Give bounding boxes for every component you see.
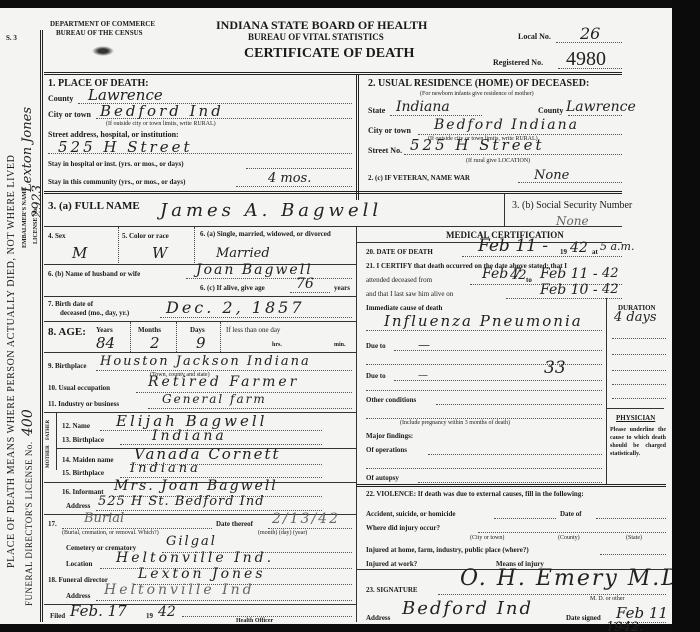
res-county-label: County [538,106,563,115]
dept-line2: BUREAU OF THE CENSUS [56,29,143,37]
spouse-age-value[interactable]: 76 [296,276,314,292]
informant-address-label: Address [66,502,90,510]
mother-birthplace-value[interactable]: Indiana [130,461,201,476]
margin-instruction: PLACE OF DEATH MEANS WHERE PERSON ACTUAL… [6,155,17,568]
spouse-label: 6. (b) Name of husband or wife [48,270,140,278]
birth-label-1: 7. Birth date of [48,300,93,308]
signature-label: 23. SIGNATURE [366,586,418,594]
spouse-age-label: 6. (c) If alive, give age [200,284,265,292]
ssn-label: 3. (b) Social Security Number [512,200,632,211]
attended-to-value[interactable]: Feb 11 - [540,266,598,282]
operations-label: Of operations [366,446,407,454]
res-city-label: City or town [368,126,411,135]
fd-address-label: Address [66,592,90,600]
embalmer-license-value: 2923 [30,185,45,218]
disposition-method-note: (Burial, cremation, or removal. Which?) [62,530,159,536]
occupation-value[interactable]: Retired Farmer [148,374,299,390]
res-street-label: Street No. [368,146,402,155]
age-years-label: Years [96,326,113,334]
duration-value[interactable]: 4 days [614,310,657,325]
birthplace-label: 9. Birthplace [48,362,87,370]
funeral-director-value[interactable]: Lexton Jones [138,566,266,582]
veteran-label: 2. (c) IF VETERAN, NAME WAR [368,174,470,182]
full-name-value[interactable]: James A. Bagwell [160,200,382,221]
age-days-value[interactable]: 9 [196,334,206,352]
death-time-label: at [592,248,598,256]
due-to-value-1[interactable]: — [418,338,430,352]
funeral-license-value: 400 [20,409,36,436]
last-saw-year[interactable]: 42 [602,282,619,297]
physician-note: Please underline the cause to which deat… [610,426,666,458]
certificate-title: CERTIFICATE OF DEATH [244,46,414,62]
birthplace-value[interactable]: Houston Jackson Indiana [100,354,311,369]
filed-label: Filed [50,612,65,620]
res-street-value[interactable]: 525 H Street [410,136,545,154]
birth-date-value[interactable]: Dec. 2, 1857 [166,298,305,317]
injured-at-label: Injured at home, farm, industry, public … [366,546,529,554]
sex-label: 4. Sex [48,232,66,240]
spouse-age-unit: years [334,284,350,292]
city-note: (If outside city or town limits, write R… [106,121,216,127]
age-months-value[interactable]: 2 [150,334,160,352]
marital-value[interactable]: Married [216,246,270,261]
disposition-date-value[interactable]: 2/13/42 [272,511,340,527]
registered-no-label: Registered No. [493,58,543,67]
accident-label: Accident, suicide, or homicide [366,510,456,518]
race-value[interactable]: W [152,244,167,262]
funeral-license-label: FUNERAL DIRECTOR'S LICENSE No. [24,441,34,606]
filed-year-prefix: 19 [146,612,153,620]
signature-address-label: Address [366,614,390,622]
pregnancy-note: (Include pregnancy within 3 months of de… [400,420,510,426]
father-birthplace-value[interactable]: Indiana [152,428,227,444]
death-time-value[interactable]: 5 a.m. [600,240,634,253]
certify-text: 21. I CERTIFY that death occurred on the… [366,262,567,270]
death-year-value[interactable]: 42 [570,240,588,256]
age-months-label: Months [138,326,161,334]
funeral-director-label: 18. Funeral director [48,576,108,584]
disposition-method-value[interactable]: Burial [84,511,124,526]
location-value[interactable]: Heltonville Ind. [116,550,274,566]
informant-address-value[interactable]: 525 H St. Bedford Ind [98,494,265,509]
marital-label: 6. (a) Single, married, widowed, or divo… [200,230,350,239]
res-street-note: (If rural give LOCATION) [466,158,530,164]
industry-value[interactable]: General farm [162,392,267,406]
fd-address-value[interactable]: Heltonville Ind [104,582,255,598]
board-title: INDIANA STATE BOARD OF HEALTH [216,18,427,33]
age-label: 8. AGE: [48,326,86,338]
filed-year-value[interactable]: 42 [158,604,176,620]
min-label: min. [334,342,346,348]
attended-from-year[interactable]: 42 [510,268,527,283]
attended-label: attended deceased from [366,276,432,284]
immediate-cause-label: Immediate cause of death [366,304,442,312]
dept-line1: DEPARTMENT OF COMMERCE [50,20,155,28]
disposition-date-label: Date thereof [216,520,253,528]
major-findings-label: Major findings: [366,432,413,440]
bureau-title: BUREAU OF VITAL STATISTICS [248,32,384,42]
age-years-value[interactable]: 84 [96,334,115,352]
local-no-label: Local No. [518,32,551,41]
at-work-label: Injured at work? [366,560,417,568]
margin-divider [40,30,43,622]
signature-title-note: M. D. or other [590,596,625,602]
date-of-death-label: 20. DATE OF DEATH [366,248,433,256]
due-to-label-1: Due to [366,342,386,350]
disposition-date-note: (month) (day) (year) [258,530,307,536]
sex-value[interactable]: M [72,244,87,262]
stay-hospital-label: Stay in hospital or inst. (yrs. or mos.,… [48,160,184,168]
mother-birthplace-label: 15. Birthplace [62,469,104,477]
death-year-prefix: 19 [560,248,567,256]
full-name-label: 3. (a) FULL NAME [48,200,140,212]
race-label: 5. Color or race [122,232,169,240]
industry-label: 11. Industry or business [48,400,119,408]
signature-value[interactable]: O. H. Emery M.D. [460,566,689,591]
violence-date-label: Date of [560,510,582,518]
physician-heading: PHYSICIAN [616,414,655,422]
residence-heading: 2. USUAL RESIDENCE (HOME) OF DECEASED: [368,78,589,89]
due-to-label-2: Due to [366,372,386,380]
registered-no: 4980 [566,48,606,71]
scan-border [672,0,700,632]
where-note-county: (County) [558,535,580,541]
mother-maiden-label: 14. Maiden name [62,456,114,464]
date-signed-year[interactable]: 1942. [606,620,643,632]
death-certificate: S. 3 PLACE OF DEATH MEANS WHERE PERSON A… [0,8,672,624]
birth-label-2: deceased (mo., day, yr.) [60,309,129,317]
res-state-label: State [368,106,385,115]
embalmer-name-label: EMBALMER'S NAME [22,187,28,248]
residence-note: (For newborn infants give residence of m… [420,91,534,97]
father-birthplace-label: 13. Birthplace [62,436,104,444]
where-injury-label: Where did injury occur? [366,524,440,532]
age-days-label: Days [190,326,205,334]
date-of-death-value[interactable]: Feb 11 - [478,236,548,256]
violence-heading: 22. VIOLENCE: If death was due to extern… [366,490,616,499]
death-city-value[interactable]: Bedford Ind [100,102,224,120]
father-name-label: 12. Name [62,422,90,430]
where-note-state: (State) [626,535,642,541]
res-state-value[interactable]: Indiana [396,99,450,115]
informant-value[interactable]: Mrs. Joan Bagwell [114,478,278,494]
last-saw-value[interactable]: Feb 10 - [540,282,598,298]
res-city-value[interactable]: Bedford Indiana [434,117,579,133]
age-less-than-day-label: If less than one day [226,326,280,334]
veteran-value[interactable]: None [534,168,569,183]
father-side-label: FATHER [46,420,51,440]
cause-code: 33 [544,358,566,378]
stay-community-label: Stay in this community (yrs., or mos., o… [48,178,185,186]
census-seal-icon [92,46,114,56]
due-to-value-2[interactable]: — [418,370,428,381]
signature-address-value[interactable]: Bedford Ind [402,598,533,619]
health-officer-label: Health Officer [236,618,273,624]
immediate-cause-value[interactable]: Influenza Pneumonia [384,312,583,330]
disposition-number: 17. [48,520,57,528]
date-signed-label: Date signed [566,614,601,622]
last-saw-label: and that I last saw him alive on [366,290,453,298]
occupation-label: 10. Usual occupation [48,384,110,392]
stay-community-value[interactable]: 4 mos. [268,171,311,186]
hrs-label: hrs. [272,342,282,348]
filed-value[interactable]: Feb. 17 [70,602,127,620]
cemetery-value[interactable]: Gilgal [166,534,217,549]
where-note-city: (City or town) [470,535,504,541]
attended-to-year[interactable]: 42 [602,266,619,281]
location-label: Location [66,560,92,568]
city-label: City or town [48,110,91,119]
autopsy-label: Of autopsy [366,474,399,482]
res-county-value[interactable]: Lawrence [566,99,636,115]
attended-to-label: to [526,276,532,284]
county-label: County [48,94,73,103]
mother-side-label: MOTHER [46,445,51,468]
local-no: 26 [580,24,600,43]
form-number: S. 3 [6,34,17,42]
embalmer-name-value: Lexton Jones [20,107,35,192]
other-conditions-label: Other conditions [366,396,416,404]
